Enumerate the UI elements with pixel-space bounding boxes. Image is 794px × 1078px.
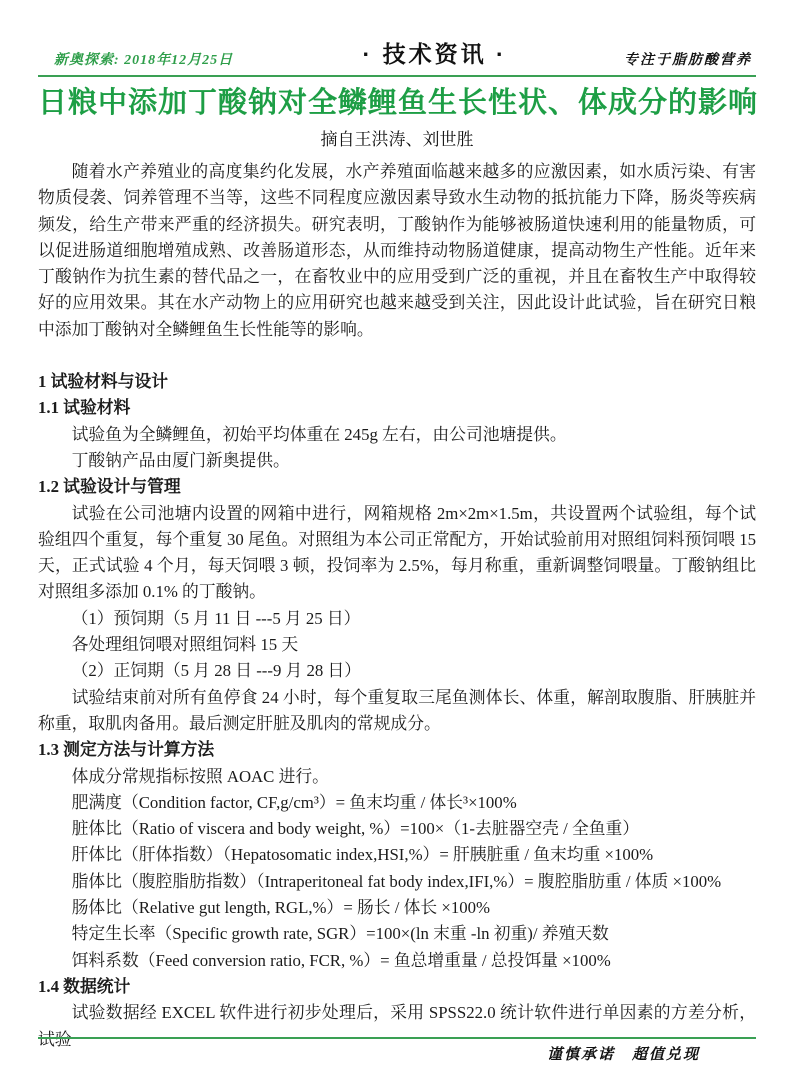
section-heading: 1.3 测定方法与计算方法 (38, 737, 756, 763)
page-content: 新奥探索: 2018年12月25日 · 技术资讯 · 专注于脂肪酸营养 日粮中添… (38, 0, 756, 1078)
article-title: 日粮中添加丁酸钠对全鳞鲤鱼生长性状、体成分的影响 (38, 86, 756, 120)
paragraph: 肥满度（Condition factor, CF,g/cm³）= 鱼末均重 / … (38, 790, 756, 816)
paragraph: 试验在公司池塘内设置的网箱中进行，网箱规格 2m×2m×1.5m，共设置两个试验… (38, 501, 756, 606)
page-footer: 谨慎承诺 超值兑现 (38, 1037, 756, 1064)
section-heading: 1.4 数据统计 (38, 974, 756, 1000)
paragraph: 试验鱼为全鳞鲤鱼，初始平均体重在 245g 左右，由公司池塘提供。 (38, 422, 756, 448)
document-page: 新奥探索: 2018年12月25日 · 技术资讯 · 专注于脂肪酸营养 日粮中添… (0, 0, 794, 1078)
paragraph: 体成分常规指标按照 AOAC 进行。 (38, 764, 756, 790)
paragraph: 肝体比（肝体指数）（Hepatosomatic index,HSI,%）= 肝胰… (38, 842, 756, 868)
page-header: 新奥探索: 2018年12月25日 · 技术资讯 · 专注于脂肪酸营养 (38, 0, 756, 77)
paragraph: （2）正饲期（5 月 28 日 ---9 月 28 日） (38, 658, 756, 684)
header-slogan: 专注于脂肪酸营养 (624, 49, 756, 69)
header-brand-date: 新奥探索: 2018年12月25日 (38, 49, 233, 69)
section-heading: 1 试验材料与设计 (38, 369, 756, 395)
section-heading: 1.2 试验设计与管理 (38, 474, 756, 500)
header-section-title: · 技术资讯 · (363, 36, 507, 69)
paragraph: （1）预饲期（5 月 11 日 ---5 月 25 日） (38, 606, 756, 632)
paragraph: 饵料系数（Feed conversion ratio, FCR, %）= 鱼总增… (38, 948, 756, 974)
paragraph: 丁酸钠产品由厦门新奥提供。 (38, 448, 756, 474)
paragraph: 特定生长率（Specific growth rate, SGR）=100×(ln… (38, 921, 756, 947)
paragraph: 各处理组饲喂对照组饲料 15 天 (38, 632, 756, 658)
footer-slogan: 谨慎承诺 超值兑现 (547, 1047, 756, 1063)
article-body: 随着水产养殖业的高度集约化发展，水产养殖面临越来越多的应激因素，如水质污染、有害… (38, 159, 756, 1053)
section-heading: 1.1 试验材料 (38, 395, 756, 421)
paragraph: 肠体比（Relative gut length, RGL,%）= 肠长 / 体长… (38, 895, 756, 921)
paragraph: 随着水产养殖业的高度集约化发展，水产养殖面临越来越多的应激因素，如水质污染、有害… (38, 159, 756, 343)
article-byline: 摘自王洪涛、刘世胜 (38, 125, 756, 150)
paragraph: 脂体比（腹腔脂肪指数）（Intraperitoneal fat body ind… (38, 869, 756, 895)
paragraph: 脏体比（Ratio of viscera and body weight, %）… (38, 816, 756, 842)
paragraph: 试验结束前对所有鱼停食 24 小时，每个重复取三尾鱼测体长、体重，解剖取腹脂、肝… (38, 685, 756, 738)
